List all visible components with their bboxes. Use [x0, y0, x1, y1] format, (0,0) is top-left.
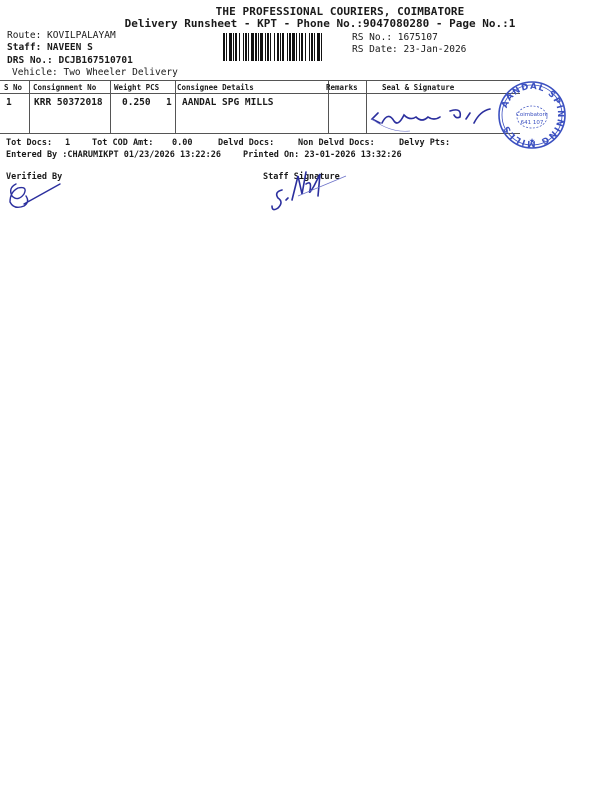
tot-docs-value: 1	[65, 138, 70, 148]
delvy-pts-label: Delvy Pts:	[399, 138, 450, 148]
table-top-border	[0, 80, 520, 81]
header-sno: S No	[4, 83, 22, 92]
rs-number: RS No.: 1675107	[352, 32, 438, 43]
delvd-docs-label: Delvd Docs:	[218, 138, 274, 148]
header-consignee: Consignee Details	[177, 83, 254, 92]
rs-date: RS Date: 23-Jan-2026	[352, 44, 466, 55]
col-divider	[366, 80, 367, 134]
row-weight: 0.250	[122, 97, 151, 108]
non-delvd-docs-label: Non Delvd Docs:	[298, 138, 375, 148]
col-divider	[29, 80, 30, 134]
row-consignee: AANDAL SPG MILLS	[182, 97, 274, 108]
col-divider	[110, 80, 111, 134]
receiver-signature	[370, 105, 505, 133]
entered-by: Entered By :CHARUMIKPT 01/23/2026 13:22:…	[6, 150, 221, 160]
row-consignment-no: KRR 50372018	[34, 97, 103, 108]
tot-docs-label: Tot Docs:	[6, 138, 52, 148]
header-seal-signature: Seal & Signature	[382, 83, 454, 92]
verifier-signature	[4, 180, 64, 212]
tot-cod-value: 0.00	[172, 138, 192, 148]
svg-text:641 107: 641 107	[521, 120, 544, 126]
barcode	[223, 33, 350, 61]
table-bottom-border	[0, 133, 520, 134]
staff-label: Staff: NAVEEN S	[7, 42, 93, 53]
drs-number: DRS No.: DCJB167510701	[7, 55, 133, 66]
tot-cod-label: Tot COD Amt:	[92, 138, 153, 148]
svg-text:Coimbatore: Coimbatore	[516, 112, 549, 118]
row-sno: 1	[6, 97, 12, 108]
row-pcs: 1	[166, 97, 172, 108]
vehicle-label: Vehicle: Two Wheeler Delivery	[12, 67, 178, 78]
route-label: Route: KOVILPALAYAM	[7, 30, 116, 41]
header-consignment: Consignment No	[33, 83, 96, 92]
header-weight-pcs: Weight PCS	[114, 83, 159, 92]
svg-text:★: ★	[529, 137, 535, 145]
col-divider	[175, 80, 176, 134]
table-header-border	[0, 93, 520, 94]
company-seal-stamp: AANDAL SPINNING MILLS Coimbatore 641 107…	[497, 80, 567, 150]
header-remarks: Remarks	[326, 83, 358, 92]
printed-on: Printed On: 23-01-2026 13:32:26	[243, 150, 402, 160]
runsheet-subtitle: Delivery Runsheet - KPT - Phone No.:9047…	[20, 17, 600, 30]
staff-signature	[268, 162, 348, 214]
